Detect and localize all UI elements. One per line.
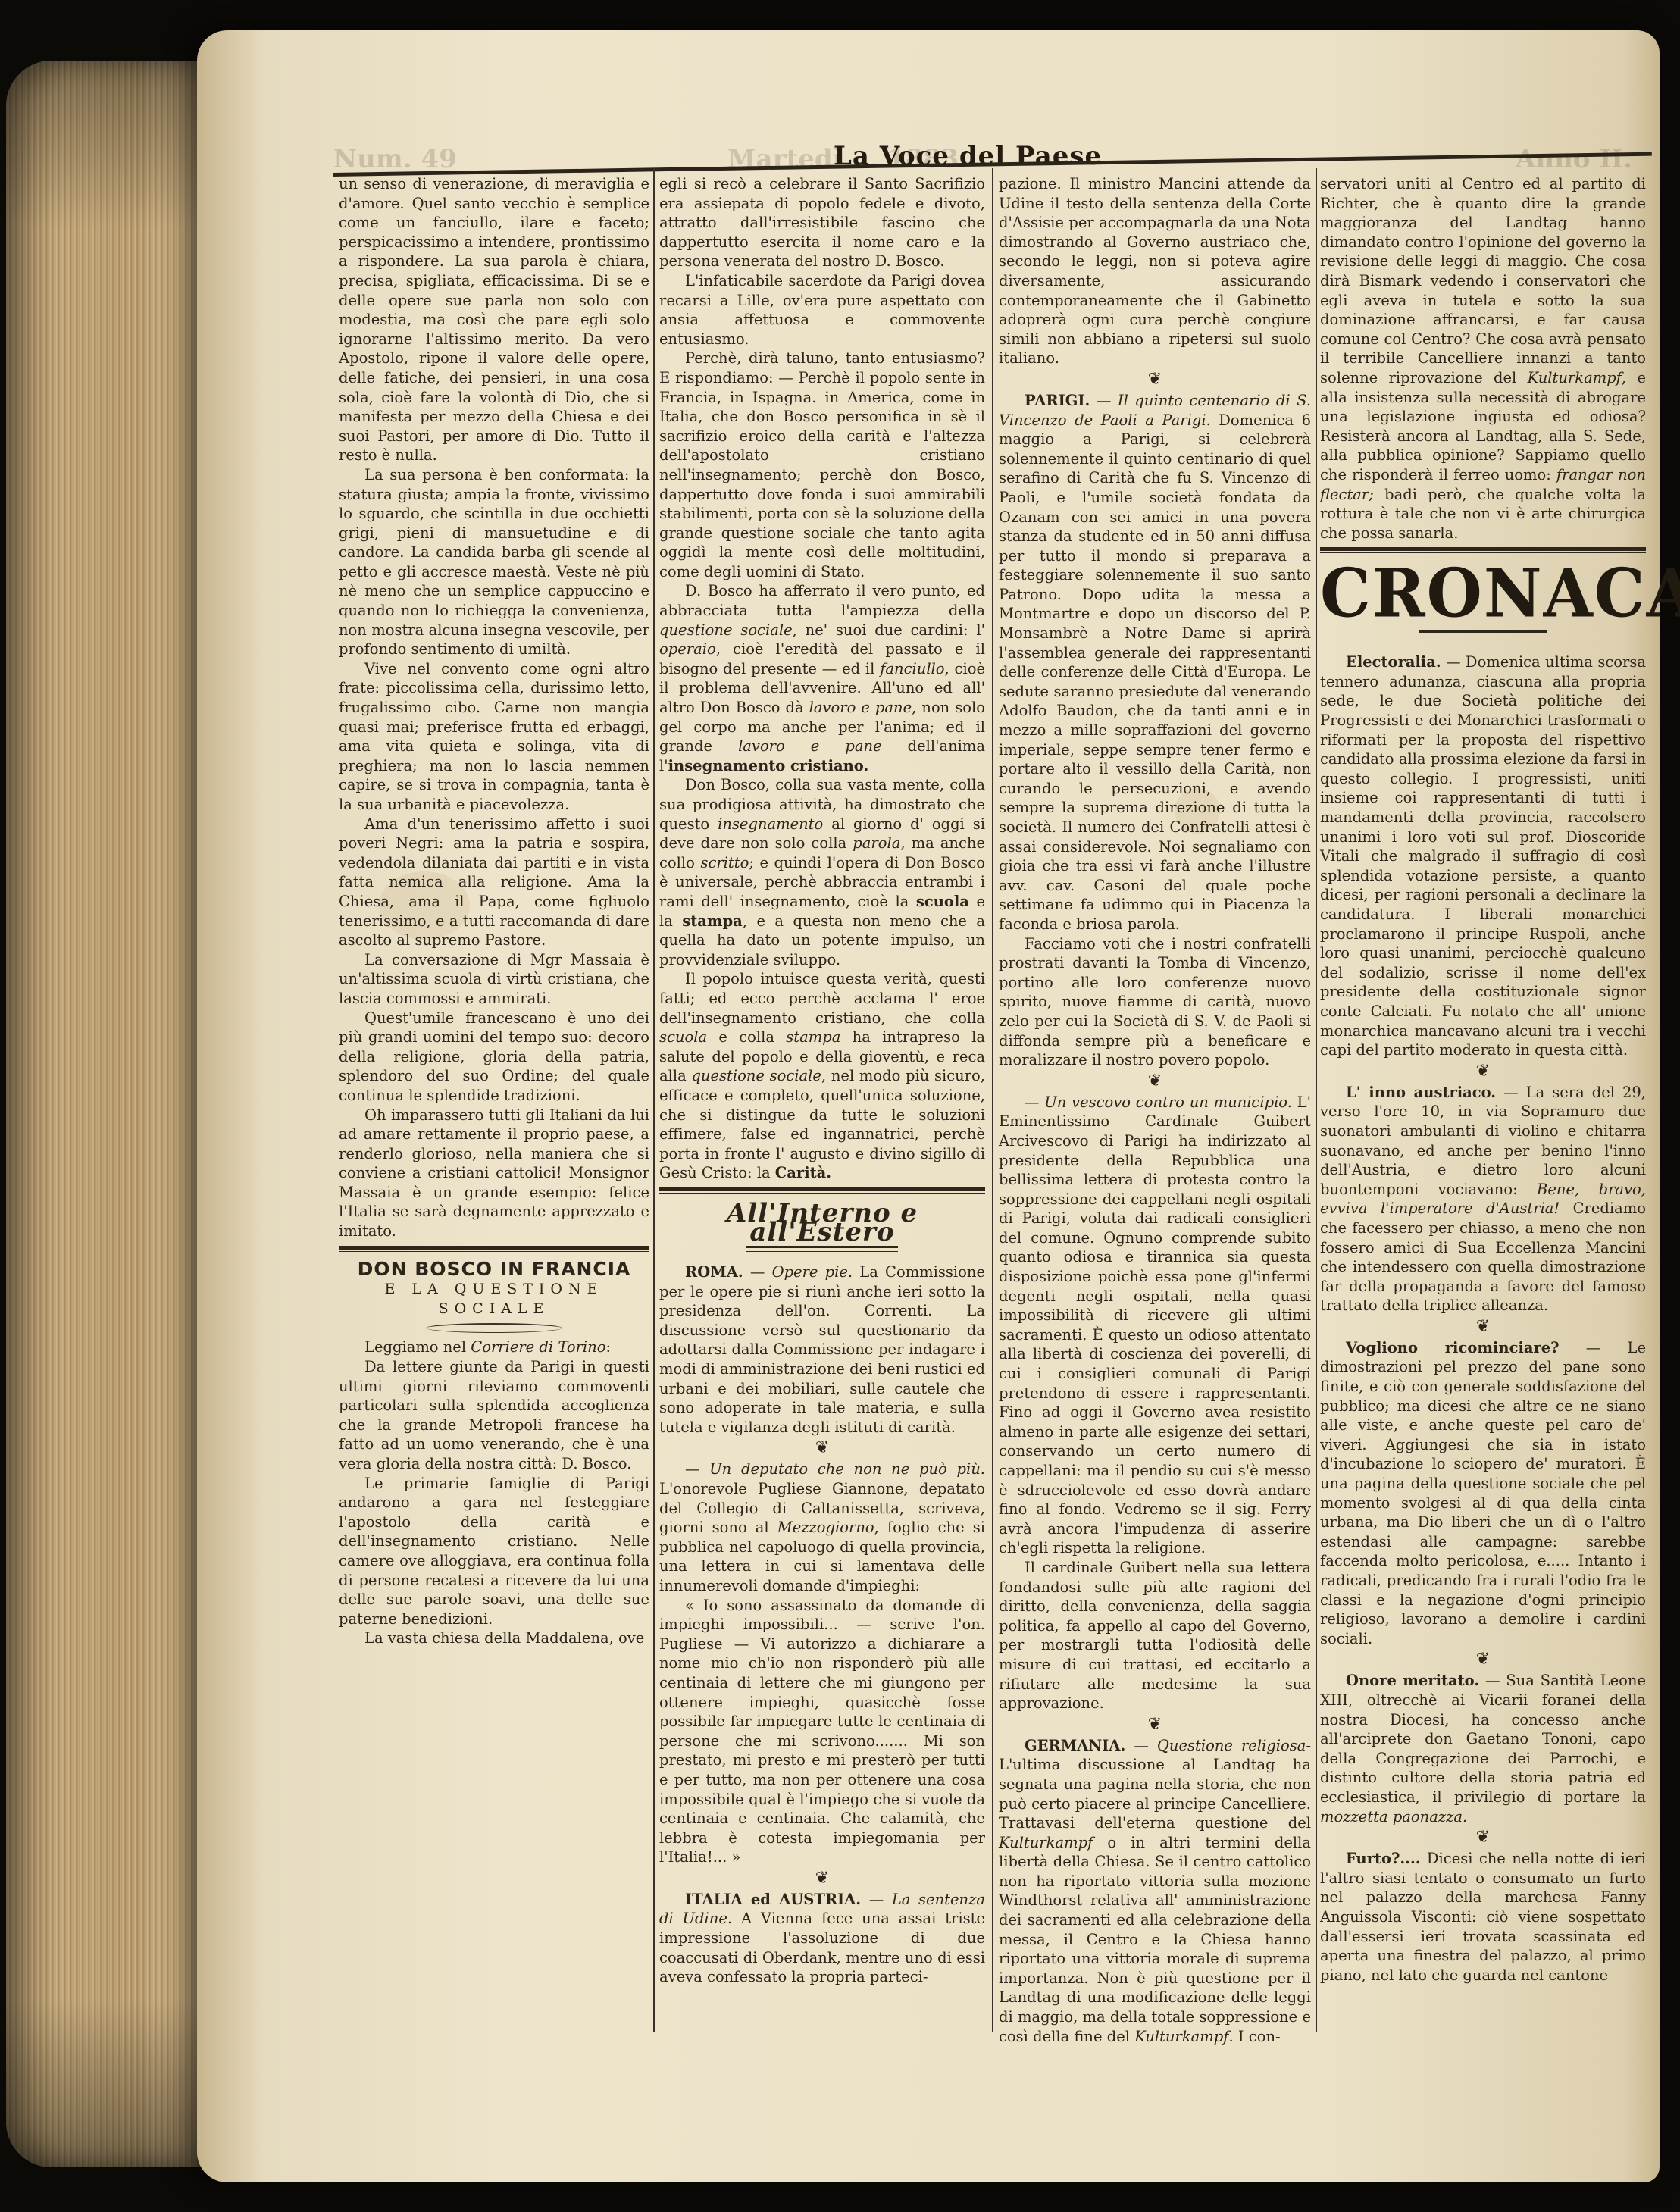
news-item-deputato: — Un deputato che non ne può più. L'onor… <box>659 1460 985 1595</box>
paragraph: L'infaticabile sacerdote da Parigi dovea… <box>659 271 985 349</box>
column-divider <box>1316 168 1317 2032</box>
column-3: pazione. Il ministro Mancini attende da … <box>999 174 1311 2046</box>
fleuron-icon: ❦ <box>1320 1316 1646 1338</box>
section-rule <box>339 1246 649 1250</box>
fleuron-icon: ❦ <box>999 368 1311 391</box>
paragraph: Il popolo intuisce questa verità, questi… <box>659 969 985 1183</box>
fleuron-icon: ❦ <box>1320 1648 1646 1671</box>
article-subheading: E LA QUESTIONE SOCIALE <box>339 1280 649 1319</box>
fleuron-icon: ❦ <box>1320 1060 1646 1083</box>
news-item-inno-austriaco: L' inno austriaco. — La sera del 29, ver… <box>1320 1083 1646 1316</box>
section-heading-interno-estero: All'Interno e all'Estero <box>659 1204 985 1243</box>
column-divider <box>992 168 993 2032</box>
column-divider <box>653 168 655 2032</box>
news-item-parigi: PARIGI. — Il quinto centenario di S. Vin… <box>999 391 1311 934</box>
paragraph: Perchè, dirà taluno, tanto entusiasmo? E… <box>659 349 985 581</box>
news-item-onore: Onore meritato. — Sua Santità Leone XIII… <box>1320 1671 1646 1826</box>
quote: « Io sono assassinato da domande di impi… <box>659 1596 985 1867</box>
paragraph: D. Bosco ha afferrato il vero punto, ed … <box>659 581 985 775</box>
paragraph: Vive nel convento come ogni altro frate:… <box>339 659 649 815</box>
news-item-germania: GERMANIA. — Questione religiosa- L'ultim… <box>999 1736 1311 2047</box>
news-item-roma: ROMA. — Opere pie. La Commissione per le… <box>659 1262 985 1437</box>
paragraph: Le primarie famiglie di Parigi andarono … <box>339 1474 649 1629</box>
section-rule <box>1320 547 1646 551</box>
paragraph: Don Bosco, colla sua vasta mente, colla … <box>659 775 985 969</box>
news-item-vogliono: Vogliono ricominciare? — Le dimostrazion… <box>1320 1338 1646 1649</box>
column-2: egli si recò a celebrare il Santo Sacrif… <box>659 174 985 1987</box>
ghost-year: Anno II. <box>1516 144 1632 174</box>
paragraph: Facciamo voti che i nostri confratelli p… <box>999 934 1311 1070</box>
article-heading-don-bosco: DON BOSCO IN FRANCIA <box>339 1259 649 1279</box>
paragraph: pazione. Il ministro Mancini attende da … <box>999 174 1311 368</box>
fleuron-icon: ❦ <box>999 1070 1311 1093</box>
news-item-vescovo: — Un vescovo contro un municipio. L' Emi… <box>999 1093 1311 1558</box>
paragraph: La vasta chiesa della Maddalena, ove <box>339 1628 649 1648</box>
paragraph: Quest'umile francescano è uno dei più gr… <box>339 1009 649 1106</box>
fleuron-icon: ❦ <box>659 1867 985 1890</box>
paragraph: Da lettere giunte da Parigi in questi ul… <box>339 1357 649 1474</box>
news-item-furto: Furto?.... Dicesi che nella notte di ier… <box>1320 1849 1646 1985</box>
ghost-issue-number: Num. 49 <box>333 144 457 174</box>
ornament-swash-icon <box>426 1323 562 1333</box>
news-item-electoralia: Electoralia. — Domenica ultima scorsa te… <box>1320 652 1646 1059</box>
section-rule <box>659 1193 985 1194</box>
news-item-italia-austria: ITALIA ed AUSTRIA. — La sentenza di Udin… <box>659 1890 985 1987</box>
fleuron-icon: ❦ <box>999 1713 1311 1736</box>
section-rule <box>659 1187 985 1191</box>
fleuron-icon: ❦ <box>1320 1826 1646 1849</box>
paragraph: Il cardinale Guibert nella sua lettera f… <box>999 1558 1311 1713</box>
column-4: servatori uniti al Centro ed al partito … <box>1320 174 1646 1985</box>
fleuron-icon: ❦ <box>659 1437 985 1460</box>
section-rule <box>339 1251 649 1252</box>
paragraph: La sua persona è ben conformata: la stat… <box>339 465 649 659</box>
paragraph: Ama d'un tenerissimo affetto i suoi pove… <box>339 815 649 950</box>
paragraph: Oh imparassero tutti gli Italiani da lui… <box>339 1106 649 1241</box>
paragraph-intro: Leggiamo nel Corriere di Torino: <box>339 1338 649 1357</box>
column-1: un senso di venerazione, di meraviglia e… <box>339 174 649 1648</box>
paragraph: un senso di venerazione, di meraviglia e… <box>339 174 649 465</box>
paragraph: servatori uniti al Centro ed al partito … <box>1320 174 1646 543</box>
section-heading-cronaca: CRONACA <box>1320 558 1646 630</box>
paragraph: La conversazione di Mgr Massaia è un'alt… <box>339 950 649 1009</box>
paragraph: egli si recò a celebrare il Santo Sacrif… <box>659 174 985 271</box>
